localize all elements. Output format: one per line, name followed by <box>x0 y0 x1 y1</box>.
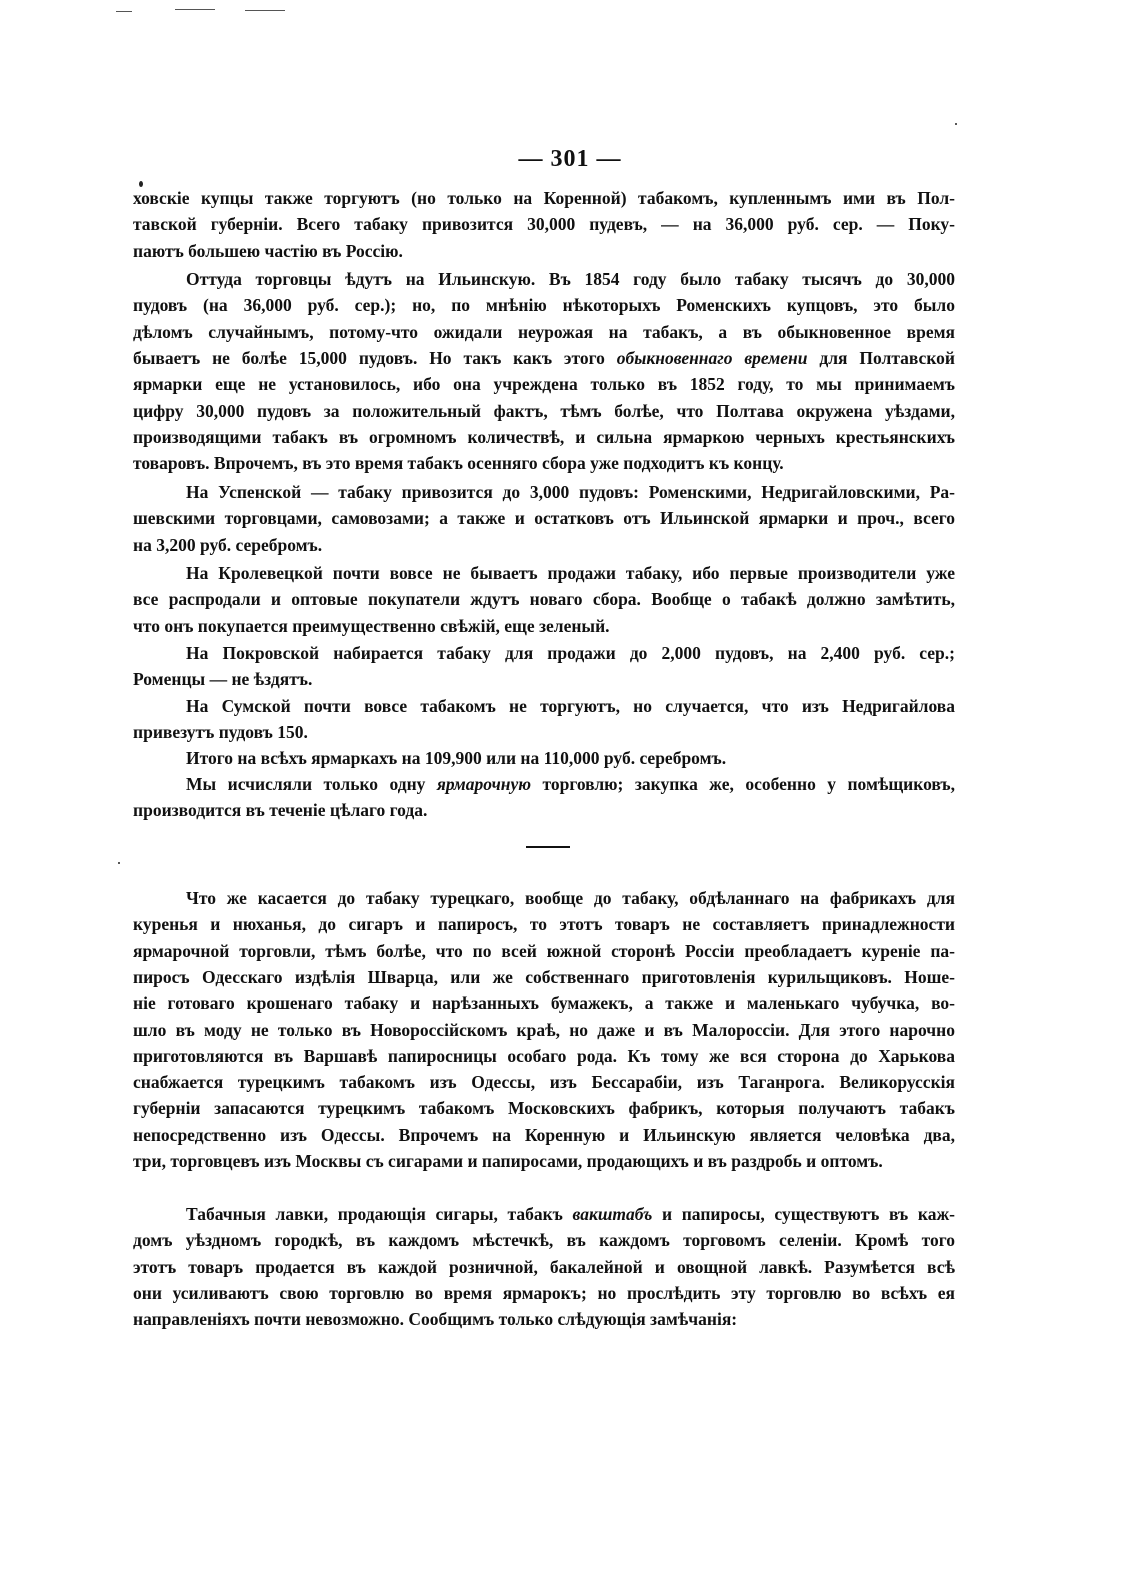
scan-speck <box>139 181 143 187</box>
text-line: паютъ большею частію въ Россію. <box>133 238 955 264</box>
text-line: направленіяхъ почти невозможно. Сообщимъ… <box>133 1306 955 1332</box>
text-line: Мы исчисляли только одну ярмарочную торг… <box>186 771 955 797</box>
text-line: три, торговцевъ изъ Москвы съ сигарами и… <box>133 1148 955 1174</box>
text-line: На Покровской набирается табаку для прод… <box>186 640 955 666</box>
text-line: ховскіе купцы также торгуютъ (но только … <box>133 185 955 211</box>
text-line: пудовъ (на 36,000 руб. сер.); но, по мнѣ… <box>133 292 955 318</box>
text-line: производящими табакъ въ огромномъ количе… <box>133 424 955 450</box>
text-line: куренья и нюханья, до сигаръ и папиросъ,… <box>133 911 955 937</box>
text-line: На Сумской почти вовсе табакомъ не торгу… <box>186 693 955 719</box>
text-line: приготовляются въ Варшавѣ папиросницы ос… <box>133 1043 955 1069</box>
text-line: все распродали и оптовые покупатели ждут… <box>133 586 955 612</box>
section-separator <box>526 846 570 848</box>
page-number: — 301 — <box>0 146 1140 173</box>
text-line: тавской губерніи. Всего табаку привозитс… <box>133 211 955 237</box>
text-line: Табачныя лавки, продающія сигары, табакъ… <box>186 1201 955 1227</box>
text-line: непосредственно изъ Одессы. Впрочемъ на … <box>133 1122 955 1148</box>
text-line: Итого на всѣхъ ярмаркахъ на 109,900 или … <box>186 745 955 771</box>
text-line: На Успенской — табаку привозится до 3,00… <box>186 479 955 505</box>
text-line: что онъ покупается преимущественно свѣжі… <box>133 613 955 639</box>
text-line: дѣломъ случайнымъ, потому-что ожидали не… <box>133 319 955 345</box>
scan-mark <box>245 10 285 11</box>
text-line: бываетъ не болѣе 15,000 пудовъ. Но такъ … <box>133 345 955 371</box>
text-line: Что же касается до табаку турецкаго, воо… <box>186 885 955 911</box>
scan-mark <box>116 11 132 12</box>
text-line: снабжается турецкимъ табакомъ изъ Одессы… <box>133 1069 955 1095</box>
text-line: шло въ моду не только въ Новороссійскомъ… <box>133 1017 955 1043</box>
text-line: На Кролевецкой почти вовсе не бываетъ пр… <box>186 560 955 586</box>
text-line: Оттуда торговцы ѣдутъ на Ильинскую. Въ 1… <box>186 266 955 292</box>
text-line: шевскими торговцами, самовозами; а также… <box>133 505 955 531</box>
text-line: ярмарочной торговли, тѣмъ болѣе, что по … <box>133 938 955 964</box>
scan-speck <box>118 862 120 864</box>
text-line: ярмарки еще не установилось, ибо она учр… <box>133 371 955 397</box>
text-line: ніе готоваго крошенаго табаку и нарѣзанн… <box>133 990 955 1016</box>
text-line: Роменцы — не ѣздятъ. <box>133 666 955 692</box>
text-line: производится въ теченіе цѣлаго года. <box>133 797 955 823</box>
text-line: домъ уѣздномъ городкѣ, въ каждомъ мѣстеч… <box>133 1227 955 1253</box>
scan-mark <box>175 9 215 10</box>
text-line: на 3,200 руб. серебромъ. <box>133 532 955 558</box>
text-line: губерніи запасаются турецкимъ табакомъ М… <box>133 1095 955 1121</box>
scan-speck <box>955 123 957 125</box>
text-line: пиросъ Одесскаго издѣлія Шварца, или же … <box>133 964 955 990</box>
text-line: они усиливаютъ свою торговлю во время яр… <box>133 1280 955 1306</box>
text-line: привезутъ пудовъ 150. <box>133 719 955 745</box>
text-line: этотъ товаръ продается въ каждой розничн… <box>133 1254 955 1280</box>
text-line: цифру 30,000 пудовъ за положительный фак… <box>133 398 955 424</box>
text-line: товаровъ. Впрочемъ, въ это время табакъ … <box>133 450 955 476</box>
